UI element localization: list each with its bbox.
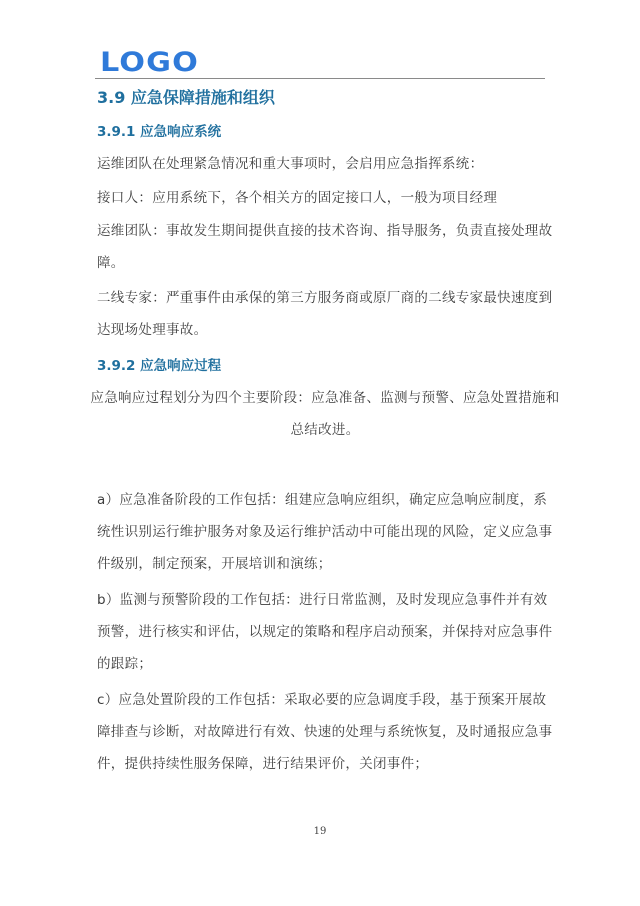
list-item-b: b）监测与预警阶段的工作包括：进行日常监测，及时发现应急事件并有效预警，进行核实…: [97, 584, 557, 680]
paragraph: 运维团队在处理紧急情况和重大事项时，会启用应急指挥系统：: [97, 148, 557, 180]
paragraph: 接口人：应用系统下，各个相关方的固定接口人，一般为项目经理: [97, 182, 557, 214]
list-item-c: c）应急处置阶段的工作包括：采取必要的应急调度手段，基于预案开展故障排查与诊断，…: [97, 684, 557, 780]
paragraph: 运维团队：事故发生期间提供直接的技术咨询、指导服务，负责直接处理故障。: [97, 215, 557, 279]
logo: LOGO: [100, 49, 199, 77]
section-title: 3.9 应急保障措施和组织: [97, 87, 275, 109]
paragraph: 二线专家：严重事件由承保的第三方服务商或原厂商的二线专家最快速度到达现场处理事故…: [97, 282, 557, 346]
list-item-a: a）应急准备阶段的工作包括：组建应急响应组织，确定应急响应制度，系统性识别运行维…: [97, 484, 557, 580]
subsection-title-3-9-2: 3.9.2 应急响应过程: [97, 356, 221, 376]
subsection-title-3-9-1: 3.9.1 应急响应系统: [97, 122, 221, 142]
paragraph-intro: 应急响应过程划分为四个主要阶段：应急准备、监测与预警、应急处置措施和总结改进。: [90, 382, 560, 446]
page-number: 19: [0, 826, 640, 837]
header-divider: [95, 78, 545, 79]
